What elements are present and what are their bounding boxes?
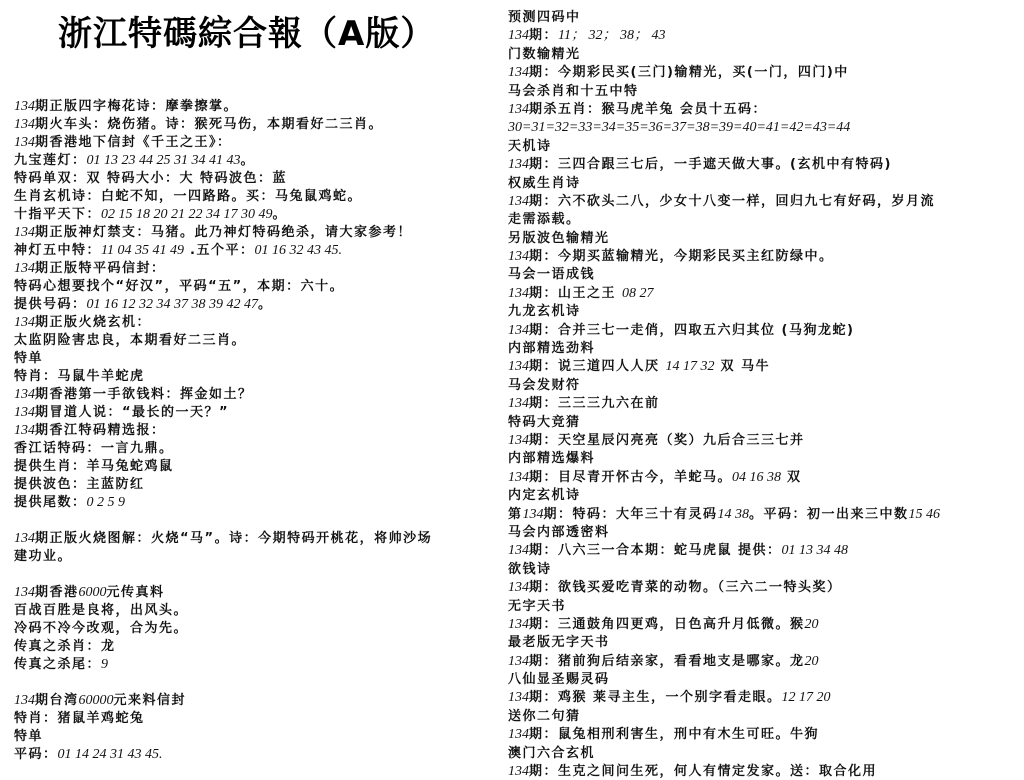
line-text: 第 [508, 507, 523, 522]
text-line: 无字天书 [508, 598, 1020, 616]
line-text: 期：三三三九六在前 [529, 396, 660, 411]
text-line: 走需添载。 [508, 211, 1020, 229]
text-line: 134期香江特码精选报： [14, 422, 500, 440]
text-line: 特码心想要找个“好汉”，平码“五”，本期：六十。 [14, 278, 500, 296]
numbers: 14 38 [718, 507, 750, 522]
numbers: 60000 [79, 693, 114, 708]
line-text: 马会发财符 [508, 378, 581, 393]
line-text: 期香港 [35, 585, 79, 600]
issue-number: 134 [508, 396, 529, 411]
text-line: 门数输精光 [508, 46, 1020, 64]
line-text: 澳门六合玄机 [508, 746, 595, 761]
text-line: 134期正版特平码信封： [14, 260, 500, 278]
line-text: 提供生肖：羊马兔蛇鸡鼠 [14, 459, 174, 474]
line-text: 天机诗 [508, 139, 552, 154]
text-line: 134期冒道人说：“最长的一天？” [14, 404, 500, 422]
line-suffix: 元传真料 [107, 585, 165, 600]
issue-number: 134 [14, 531, 35, 546]
line-text: 传真之杀尾： [14, 657, 101, 672]
line-text: 期： [529, 28, 558, 43]
text-line: 134期：猪前狗后结亲家，看看地支是哪家。龙20 [508, 653, 1020, 671]
line-text: 期：鼠兔相刑利害生，刑中有木生可旺。牛狗 [529, 727, 819, 742]
numbers: 9 [101, 657, 108, 672]
numbers: 08 27 [622, 286, 654, 301]
issue-number: 134 [14, 135, 35, 150]
line-text: 期：今期彩民买(三门)输精光，买(一门，四门)中 [529, 65, 849, 80]
text-line: 冷码不冷今改观，合为先。 [14, 620, 500, 638]
line-text: 门数输精光 [508, 47, 581, 62]
line-text: 马会内部透密料 [508, 525, 610, 540]
line-text: 期：三通鼓角四更鸡，日色高升月低微。猴 [529, 617, 805, 632]
text-line: 134期杀五肖：猴马虎羊兔 会员十五码： [508, 101, 1020, 119]
text-line: 134期：今期彩民买(三门)输精光，买(一门，四门)中 [508, 64, 1020, 82]
text-line: 最老版无字天书 [508, 634, 1020, 652]
line-text: 期香江特码精选报： [35, 423, 166, 438]
text-line: 九龙玄机诗 [508, 303, 1020, 321]
line-text: 内部精选劲料 [508, 341, 595, 356]
text-line: 134期：三通鼓角四更鸡，日色高升月低微。猴20 [508, 616, 1020, 634]
text-line: 134期：天空星辰闪亮亮（奖）九后合三三七并 [508, 432, 1020, 450]
line-text: 特单 [14, 729, 43, 744]
text-line: 太监阴险害忠良，本期看好二三肖。 [14, 332, 500, 350]
text-line: 134期：山王之王 08 27 [508, 285, 1020, 303]
numbers: 14 17 32 [666, 359, 715, 374]
text-line: 特肖：马鼠牛羊蛇虎 [14, 368, 500, 386]
issue-number: 134 [14, 423, 35, 438]
issue-number: 134 [508, 194, 529, 209]
newspaper-title: 浙江特碼綜合報（A版） [58, 6, 435, 55]
numbers: 01 16 32 43 45. [254, 243, 342, 258]
line-text: 冷码不冷今改观，合为先。 [14, 621, 188, 636]
line-suffix: 双 [781, 470, 802, 485]
line-text: 九龙玄机诗 [508, 304, 581, 319]
text-line: 百战百胜是良将，出风头。 [14, 602, 500, 620]
text-line: 134期：说三道四人人厌 14 17 32 双 马牛 [508, 358, 1020, 376]
numbers: 04 16 38 [732, 470, 781, 485]
text-line: 马会发财符 [508, 377, 1020, 395]
text-line: 八仙显圣赐灵码 [508, 671, 1020, 689]
text-line: 134期正版火烧玄机： [14, 314, 500, 332]
line-text: 欲钱诗 [508, 562, 552, 577]
line-text: 期：山王之王 [529, 286, 622, 301]
line-text: 特肖：猪鼠羊鸡蛇兔 [14, 711, 145, 726]
spacer [14, 512, 500, 530]
issue-number: 134 [508, 617, 529, 632]
issue-number: 134 [508, 543, 529, 558]
line-text: 平码： [14, 747, 58, 762]
text-line: 内部精选劲料 [508, 340, 1020, 358]
line-text: 特码大竞猜 [508, 415, 581, 430]
text-line: 传真之杀肖：龙 [14, 638, 500, 656]
text-line: 欲钱诗 [508, 561, 1020, 579]
right-column: 预测四码中134期：11； 32； 38； 43门数输精光134期：今期彩民买(… [508, 9, 1020, 780]
issue-number: 134 [508, 359, 529, 374]
text-line: 马会杀肖和十五中特 [508, 83, 1020, 101]
line-text: 传真之杀肖：龙 [14, 639, 116, 654]
text-line: 预测四码中 [508, 9, 1020, 27]
text-line: 澳门六合玄机 [508, 745, 1020, 763]
line-text: 香江话特码：一言九鼎。 [14, 441, 174, 456]
text-line: 平码：01 14 24 31 43 45. [14, 746, 500, 764]
text-line: 134期：八六三一合本期：蛇马虎鼠 提供：01 13 34 48 [508, 542, 1020, 560]
issue-number: 134 [508, 157, 529, 172]
issue-number: 134 [14, 99, 35, 114]
line-suffix: 双 马牛 [715, 359, 771, 374]
line-text: 提供号码： [14, 297, 87, 312]
issue-number: 134 [508, 654, 529, 669]
line-text: 期：目尽青开怀古今，羊蛇马。 [529, 470, 732, 485]
line-text: 提供尾数： [14, 495, 87, 510]
line-text: 期香港地下信封《千王之王》： [35, 135, 232, 150]
text-line: 特单 [14, 350, 500, 368]
line-text: 期：六不砍头二八，少女十八变一样，回归九七有好码，岁月流 [529, 194, 935, 209]
line-text: 另版波色输精光 [508, 231, 610, 246]
line-text: 内部精选爆料 [508, 451, 595, 466]
text-line: 香江话特码：一言九鼎。 [14, 440, 500, 458]
text-line: 提供生肖：羊马兔蛇鸡鼠 [14, 458, 500, 476]
text-line: 建功业。 [14, 548, 500, 566]
line-text: 马会杀肖和十五中特 [508, 84, 639, 99]
numbers: 01 16 12 32 34 37 38 39 42 47 [87, 297, 259, 312]
line-suffix: 。 [241, 153, 256, 168]
line-text: 期正版四字梅花诗：摩拳擦掌。 [35, 99, 238, 114]
issue-number: 134 [508, 28, 529, 43]
issue-number: 134 [508, 764, 529, 779]
text-line: 另版波色输精光 [508, 230, 1020, 248]
line-suffix: 。 [273, 207, 288, 222]
numbers: 02 15 18 20 21 22 34 17 30 49 [101, 207, 273, 222]
issue-number: 134 [508, 727, 529, 742]
spacer [14, 674, 500, 692]
line-text: 特肖：马鼠牛羊蛇虎 [14, 369, 145, 384]
issue-number: 134 [14, 693, 35, 708]
numbers: 15 46 [909, 507, 941, 522]
line-text: 提供波色：主蓝防红 [14, 477, 145, 492]
text-line: 传真之杀尾：9 [14, 656, 500, 674]
line-text: 期冒道人说：“最长的一天？” [35, 405, 229, 420]
line-text: 期正版特平码信封： [35, 261, 166, 276]
text-line: 内部精选爆料 [508, 450, 1020, 468]
text-line: 九宝莲灯：01 13 23 44 25 31 34 41 43。 [14, 152, 500, 170]
line-text: 期：猪前狗后结亲家，看看地支是哪家。龙 [529, 654, 805, 669]
numbers: 20 [805, 617, 819, 632]
issue-number: 134 [508, 580, 529, 595]
line-text: 期正版神灯禁支：马猪。此乃神灯特码绝杀，请大家参考！ [35, 225, 412, 240]
line-text: 期：说三道四人人厌 [529, 359, 666, 374]
text-line: 134期香港第一手欲钱料：挥金如土？ [14, 386, 500, 404]
spacer [14, 566, 500, 584]
text-line: 送你二句猜 [508, 708, 1020, 726]
text-line: 134期正版四字梅花诗：摩拳擦掌。 [14, 98, 500, 116]
line-text: 期正版火烧玄机： [35, 315, 151, 330]
numbers: 0 2 5 9 [87, 495, 126, 510]
text-line: 134期正版火烧图解：火烧“马”。诗：今期特码开桃花，将帅沙场 [14, 530, 500, 548]
numbers: 20 [805, 654, 819, 669]
issue-number: 134 [14, 261, 35, 276]
text-line: 134期：生克之间问生死，何人有情定发家。送：取合化用 [508, 763, 1020, 780]
line-text: 期：天空星辰闪亮亮（奖）九后合三三七并 [529, 433, 805, 448]
text-line: 134期：今期买蓝输精光，今期彩民买主红防绿中。 [508, 248, 1020, 266]
text-line: 134期：欲钱买爱吃青菜的动物。（三六二一特头奖） [508, 579, 1020, 597]
issue-number: 134 [508, 249, 529, 264]
line-text: 神灯五中特： [14, 243, 101, 258]
numbers: 11 04 35 41 49 [101, 243, 184, 258]
text-line: 134期：六不砍头二八，少女十八变一样，回归九七有好码，岁月流 [508, 193, 1020, 211]
text-line: 生肖玄机诗：白蛇不知，一四路路。买：马兔鼠鸡蛇。 [14, 188, 500, 206]
line-text: 特单 [14, 351, 43, 366]
text-line: 第134期：特码：大年三十有灵码14 38。平码：初一出来三中数15 46 [508, 506, 1020, 524]
line-text: 期台湾 [35, 693, 79, 708]
text-line: 特码单双：双 特码大小：大 特码波色：蓝 [14, 170, 500, 188]
line-text: 太监阴险害忠良，本期看好二三肖。 [14, 333, 246, 348]
text-line: 特单 [14, 728, 500, 746]
line-text: 权威生肖诗 [508, 176, 581, 191]
issue-number: 134 [508, 470, 529, 485]
issue-number: 134 [14, 405, 35, 420]
line-text: 十指平天下： [14, 207, 101, 222]
line-text: 期：三四合跟三七后，一手遮天做大事。(玄机中有特码) [529, 157, 892, 172]
line-text: 期正版火烧图解：火烧“马”。诗：今期特码开桃花，将帅沙场 [35, 531, 432, 546]
issue-number: 134 [508, 690, 529, 705]
line-text: 内定玄机诗 [508, 488, 581, 503]
issue-number: 134 [14, 585, 35, 600]
line-text: 期：生克之间问生死，何人有情定发家。送：取合化用 [529, 764, 877, 779]
numbers: 01 13 34 48 [782, 543, 849, 558]
issue-number: 134 [508, 286, 529, 301]
issue-number: 134 [14, 387, 35, 402]
line-text: 九宝莲灯： [14, 153, 87, 168]
line-text: 预测四码中 [508, 10, 581, 25]
text-line: 134期正版神灯禁支：马猪。此乃神灯特码绝杀，请大家参考！ [14, 224, 500, 242]
issue-number: 134 [508, 65, 529, 80]
numbers: 11； 32； 38； 43 [558, 28, 665, 43]
line-text: 期：八六三一合本期：蛇马虎鼠 提供： [529, 543, 782, 558]
text-line: 134期：鼠兔相刑利害生，刑中有木生可旺。牛狗 [508, 726, 1020, 744]
numbers: 6000 [79, 585, 107, 600]
issue-number: 134 [14, 225, 35, 240]
line-text: 特码心想要找个“好汉”，平码“五”，本期：六十。 [14, 279, 344, 294]
line-text: 期：今期买蓝输精光，今期彩民买主红防绿中。 [529, 249, 834, 264]
line-text: 期香港第一手欲钱料：挥金如土？ [35, 387, 253, 402]
text-line: 134期香港地下信封《千王之王》： [14, 134, 500, 152]
text-line: 134期：目尽青开怀古今，羊蛇马。04 16 38 双 [508, 469, 1020, 487]
numbers: 01 14 24 31 43 45. [58, 747, 163, 762]
issue-number: 134 [14, 117, 35, 132]
line-suffix: 。平码：初一出来三中数 [749, 507, 909, 522]
line-text: 期火车头：烧伤猪。诗：猴死马伤，本期看好二三肖。 [35, 117, 383, 132]
issue-number: 134 [508, 433, 529, 448]
text-line: 神灯五中特：11 04 35 41 49 .五个平：01 16 32 43 45… [14, 242, 500, 260]
text-line: 134期：鸡猴 莱寻主生，一个别字看走眼。12 17 20 [508, 689, 1020, 707]
line-text: 无字天书 [508, 599, 566, 614]
text-line: 30=31=32=33=34=35=36=37=38=39=40=41=42=4… [508, 119, 1020, 137]
text-line: 134期火车头：烧伤猪。诗：猴死马伤，本期看好二三肖。 [14, 116, 500, 134]
text-line: 天机诗 [508, 138, 1020, 156]
line-suffix: 期：特码：大年三十有灵码 [544, 507, 718, 522]
text-line: 134期香港6000元传真料 [14, 584, 500, 602]
text-line: 134期：合并三七一走俏，四取五六归其位 (马狗龙蛇) [508, 322, 1020, 340]
line-suffix: 。 [258, 297, 273, 312]
line-text: 送你二句猜 [508, 709, 581, 724]
line-text: 期杀五肖：猴马虎羊兔 会员十五码： [529, 102, 767, 117]
text-line: 马会一语成钱 [508, 266, 1020, 284]
text-line: 提供波色：主蓝防红 [14, 476, 500, 494]
numbers: 01 13 23 44 25 31 34 41 43 [87, 153, 241, 168]
line-suffix: .五个平： [184, 243, 254, 258]
numbers: 30=31=32=33=34=35=36=37=38=39=40=41=42=4… [508, 120, 850, 135]
text-line: 134期台湾60000元来料信封 [14, 692, 500, 710]
line-text: 建功业。 [14, 549, 72, 564]
line-suffix: 元来料信封 [114, 693, 187, 708]
line-text: 期：鸡猴 莱寻主生，一个别字看走眼。 [529, 690, 782, 705]
line-text: 期：合并三七一走俏，四取五六归其位 (马狗龙蛇) [529, 323, 854, 338]
text-line: 134期：11； 32； 38； 43 [508, 27, 1020, 45]
text-line: 权威生肖诗 [508, 175, 1020, 193]
text-line: 特肖：猪鼠羊鸡蛇兔 [14, 710, 500, 728]
line-text: 百战百胜是良将，出风头。 [14, 603, 188, 618]
line-text: 最老版无字天书 [508, 635, 610, 650]
issue-number: 134 [14, 315, 35, 330]
issue-number: 134 [508, 323, 529, 338]
text-line: 特码大竞猜 [508, 414, 1020, 432]
text-line: 134期：三四合跟三七后，一手遮天做大事。(玄机中有特码) [508, 156, 1020, 174]
numbers: 12 17 20 [782, 690, 831, 705]
left-column: 134期正版四字梅花诗：摩拳擦掌。134期火车头：烧伤猪。诗：猴死马伤，本期看好… [14, 98, 500, 764]
line-text: 八仙显圣赐灵码 [508, 672, 610, 687]
text-line: 提供尾数：0 2 5 9 [14, 494, 500, 512]
line-text: 特码单双：双 特码大小：大 特码波色：蓝 [14, 171, 287, 186]
line-text: 期：欲钱买爱吃青菜的动物。（三六二一特头奖） [529, 580, 842, 595]
line-text: 走需添载。 [508, 212, 581, 227]
text-line: 内定玄机诗 [508, 487, 1020, 505]
text-line: 十指平天下：02 15 18 20 21 22 34 17 30 49。 [14, 206, 500, 224]
text-line: 134期：三三三九六在前 [508, 395, 1020, 413]
issue-number: 134 [508, 102, 529, 117]
text-line: 提供号码：01 16 12 32 34 37 38 39 42 47。 [14, 296, 500, 314]
line-text: 生肖玄机诗：白蛇不知，一四路路。买：马兔鼠鸡蛇。 [14, 189, 362, 204]
line-text: 马会一语成钱 [508, 267, 595, 282]
numbers: 134 [523, 507, 544, 522]
text-line: 马会内部透密料 [508, 524, 1020, 542]
